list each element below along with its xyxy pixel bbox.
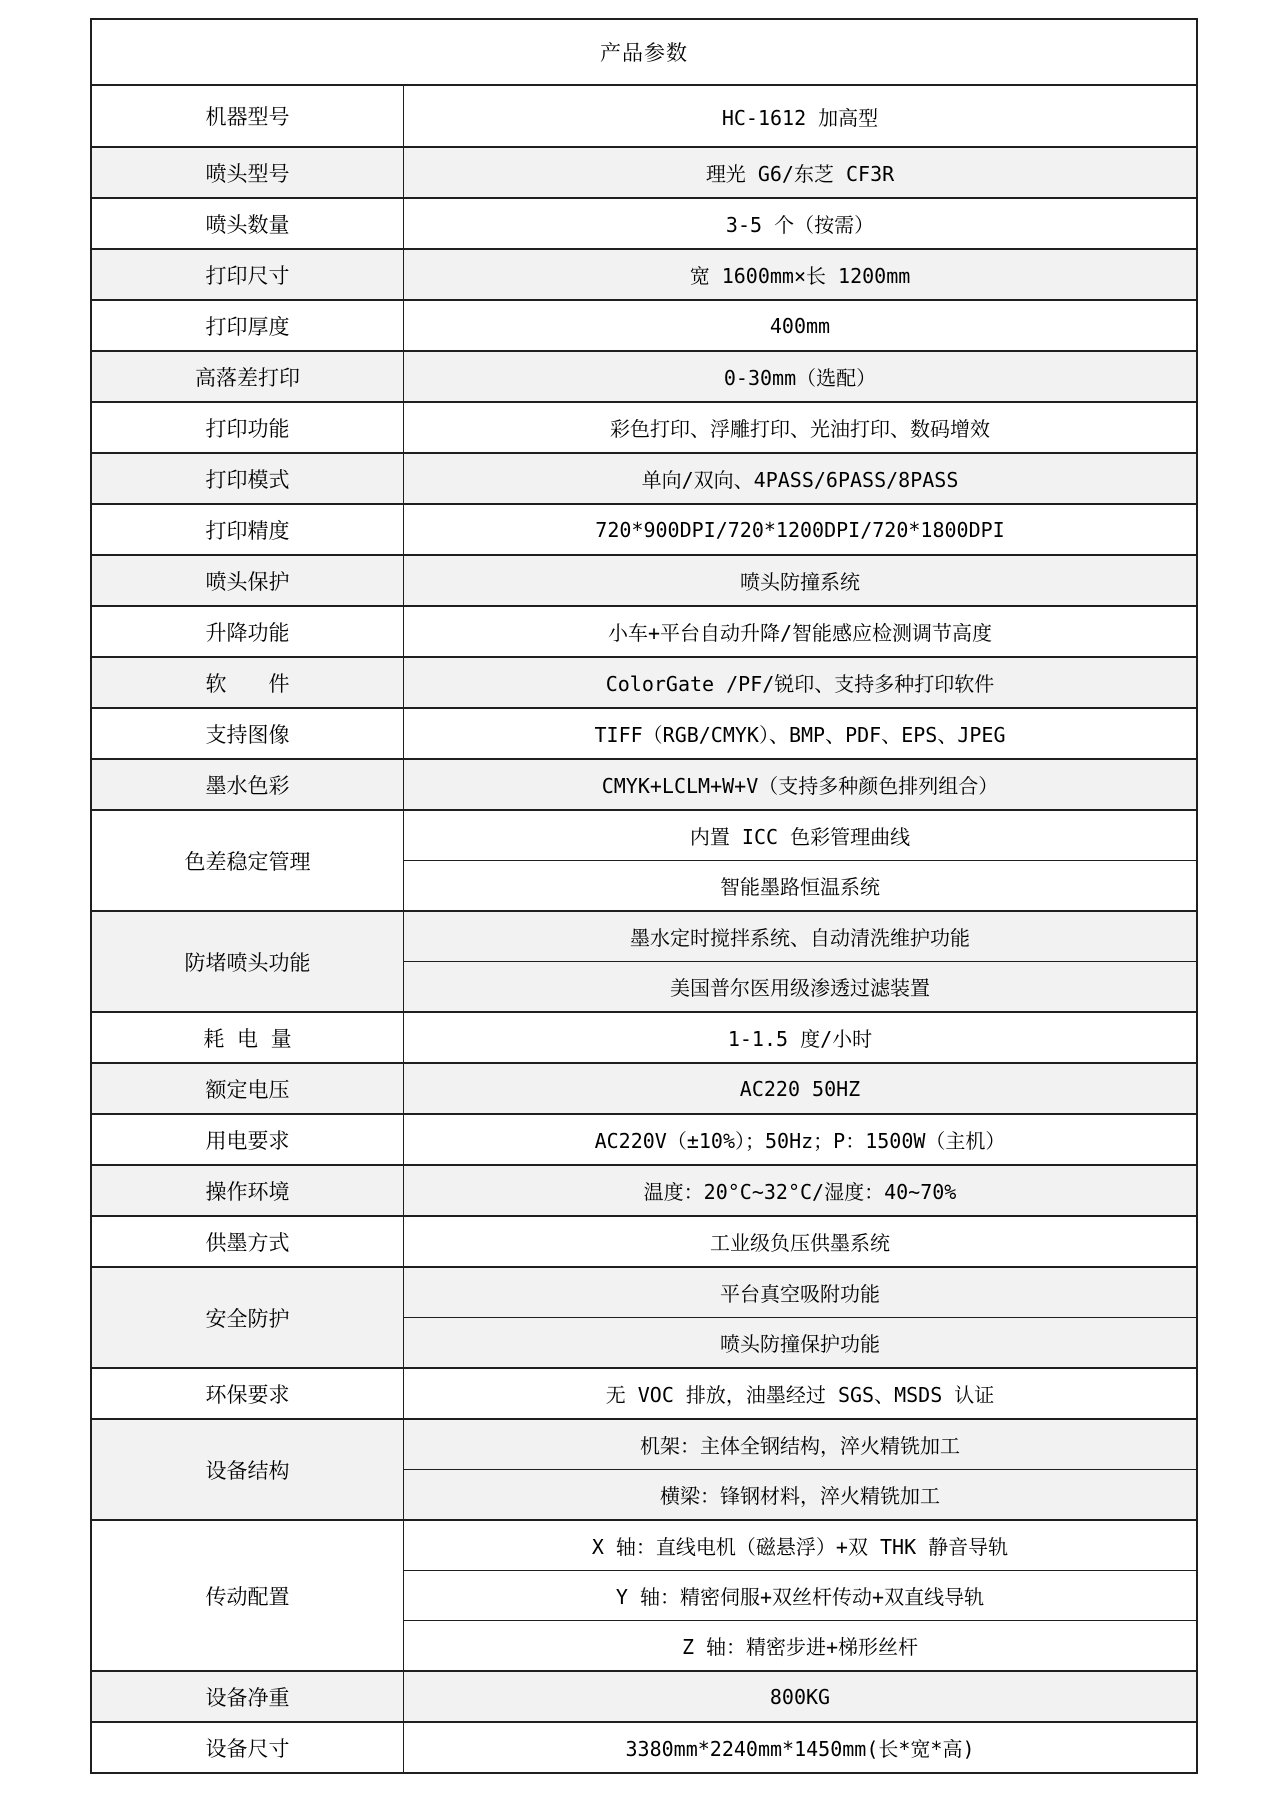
row-values: 平台真空吸附功能喷头防撞保护功能	[404, 1268, 1196, 1367]
row-value: AC220V（±10%）；50Hz；P：1500W（主机）	[404, 1115, 1196, 1164]
row-label: 墨水色彩	[92, 760, 404, 809]
row-label: 打印厚度	[92, 301, 404, 350]
table-row: 打印精度720*900DPI/720*1200DPI/720*1800DPI	[92, 503, 1196, 554]
row-value: 智能墨路恒温系统	[404, 860, 1196, 910]
row-value: 内置 ICC 色彩管理曲线	[404, 811, 1196, 860]
table-row: 高落差打印0-30mm（选配）	[92, 350, 1196, 401]
row-value: 机架：主体全钢结构，淬火精铣加工	[404, 1420, 1196, 1469]
row-values: 720*900DPI/720*1200DPI/720*1800DPI	[404, 505, 1196, 554]
row-value: 单向/双向、4PASS/6PASS/8PASS	[404, 454, 1196, 503]
table-row: 用电要求AC220V（±10%）；50Hz；P：1500W（主机）	[92, 1113, 1196, 1164]
row-label: 打印精度	[92, 505, 404, 554]
row-value: 平台真空吸附功能	[404, 1268, 1196, 1317]
row-value: 喷头防撞系统	[404, 556, 1196, 605]
row-label: 额定电压	[92, 1064, 404, 1113]
row-label: 色差稳定管理	[92, 811, 404, 910]
row-label: 安全防护	[92, 1268, 404, 1367]
row-values: 彩色打印、浮雕打印、光油打印、数码增效	[404, 403, 1196, 452]
row-value: 3-5 个（按需）	[404, 199, 1196, 248]
row-label: 设备尺寸	[92, 1723, 404, 1772]
row-values: 喷头防撞系统	[404, 556, 1196, 605]
row-values: 内置 ICC 色彩管理曲线智能墨路恒温系统	[404, 811, 1196, 910]
table-row: 传动配置X 轴：直线电机（磁悬浮）+双 THK 静音导轨Y 轴：精密伺服+双丝杆…	[92, 1519, 1196, 1670]
row-label: 防堵喷头功能	[92, 912, 404, 1011]
row-value: 美国普尔医用级渗透过滤装置	[404, 961, 1196, 1011]
row-value: Z 轴：精密步进+梯形丝杆	[404, 1620, 1196, 1670]
table-row: 设备净重800KG	[92, 1670, 1196, 1721]
table-row: 环保要求无 VOC 排放，油墨经过 SGS、MSDS 认证	[92, 1367, 1196, 1418]
row-values: 宽 1600mm×长 1200mm	[404, 250, 1196, 299]
row-value: 彩色打印、浮雕打印、光油打印、数码增效	[404, 403, 1196, 452]
table-row: 机器型号HC-1612 加高型	[92, 84, 1196, 146]
row-values: 单向/双向、4PASS/6PASS/8PASS	[404, 454, 1196, 503]
row-value: HC-1612 加高型	[404, 86, 1196, 146]
row-label: 高落差打印	[92, 352, 404, 401]
row-value: 400mm	[404, 301, 1196, 350]
row-value: X 轴：直线电机（磁悬浮）+双 THK 静音导轨	[404, 1521, 1196, 1570]
table-row: 设备尺寸3380mm*2240mm*1450mm(长*宽*高)	[92, 1721, 1196, 1772]
row-value: ColorGate /PF/锐印、支持多种打印软件	[404, 658, 1196, 707]
row-value: 墨水定时搅拌系统、自动清洗维护功能	[404, 912, 1196, 961]
row-label: 环保要求	[92, 1369, 404, 1418]
row-values: 800KG	[404, 1672, 1196, 1721]
table-row: 设备结构机架：主体全钢结构，淬火精铣加工横梁：锋钢材料，淬火精铣加工	[92, 1418, 1196, 1519]
row-values: 温度：20°C~32°C/湿度：40~70%	[404, 1166, 1196, 1215]
row-value: 温度：20°C~32°C/湿度：40~70%	[404, 1166, 1196, 1215]
row-value: 理光 G6/东芝 CF3R	[404, 148, 1196, 197]
table-title: 产品参数	[92, 20, 1196, 84]
row-values: 墨水定时搅拌系统、自动清洗维护功能美国普尔医用级渗透过滤装置	[404, 912, 1196, 1011]
row-label: 机器型号	[92, 86, 404, 146]
row-values: 0-30mm（选配）	[404, 352, 1196, 401]
row-label: 喷头型号	[92, 148, 404, 197]
row-value: Y 轴：精密伺服+双丝杆传动+双直线导轨	[404, 1570, 1196, 1620]
row-values: 3-5 个（按需）	[404, 199, 1196, 248]
row-value: 800KG	[404, 1672, 1196, 1721]
row-value: CMYK+LCLM+W+V（支持多种颜色排列组合）	[404, 760, 1196, 809]
row-values: CMYK+LCLM+W+V（支持多种颜色排列组合）	[404, 760, 1196, 809]
row-value: 1-1.5 度/小时	[404, 1013, 1196, 1062]
row-label: 软 件	[92, 658, 404, 707]
row-values: 400mm	[404, 301, 1196, 350]
row-values: AC220V（±10%）；50Hz；P：1500W（主机）	[404, 1115, 1196, 1164]
row-label: 设备净重	[92, 1672, 404, 1721]
table-row: 升降功能小车+平台自动升降/智能感应检测调节高度	[92, 605, 1196, 656]
table-row: 耗 电 量1-1.5 度/小时	[92, 1011, 1196, 1062]
table-row: 打印功能彩色打印、浮雕打印、光油打印、数码增效	[92, 401, 1196, 452]
row-values: 理光 G6/东芝 CF3R	[404, 148, 1196, 197]
row-value: 无 VOC 排放，油墨经过 SGS、MSDS 认证	[404, 1369, 1196, 1418]
row-value: 横梁：锋钢材料，淬火精铣加工	[404, 1469, 1196, 1519]
row-values: 无 VOC 排放，油墨经过 SGS、MSDS 认证	[404, 1369, 1196, 1418]
table-row: 支持图像TIFF（RGB/CMYK）、BMP、PDF、EPS、JPEG	[92, 707, 1196, 758]
row-values: ColorGate /PF/锐印、支持多种打印软件	[404, 658, 1196, 707]
row-value: 宽 1600mm×长 1200mm	[404, 250, 1196, 299]
row-value: 0-30mm（选配）	[404, 352, 1196, 401]
row-label: 支持图像	[92, 709, 404, 758]
row-values: TIFF（RGB/CMYK）、BMP、PDF、EPS、JPEG	[404, 709, 1196, 758]
row-label: 设备结构	[92, 1420, 404, 1519]
row-value: AC220 50HZ	[404, 1064, 1196, 1113]
row-label: 供墨方式	[92, 1217, 404, 1266]
row-values: 3380mm*2240mm*1450mm(长*宽*高)	[404, 1723, 1196, 1772]
page: { "table": { "title": "产品参数", "colors": …	[0, 0, 1280, 1796]
row-values: 工业级负压供墨系统	[404, 1217, 1196, 1266]
row-label: 耗 电 量	[92, 1013, 404, 1062]
row-label: 用电要求	[92, 1115, 404, 1164]
table-row: 供墨方式工业级负压供墨系统	[92, 1215, 1196, 1266]
table-row: 防堵喷头功能墨水定时搅拌系统、自动清洗维护功能美国普尔医用级渗透过滤装置	[92, 910, 1196, 1011]
row-value: 3380mm*2240mm*1450mm(长*宽*高)	[404, 1723, 1196, 1772]
product-spec-table: 产品参数 机器型号HC-1612 加高型喷头型号理光 G6/东芝 CF3R喷头数…	[90, 18, 1198, 1774]
row-value: 工业级负压供墨系统	[404, 1217, 1196, 1266]
row-value: TIFF（RGB/CMYK）、BMP、PDF、EPS、JPEG	[404, 709, 1196, 758]
table-row: 操作环境温度：20°C~32°C/湿度：40~70%	[92, 1164, 1196, 1215]
table-row: 额定电压AC220 50HZ	[92, 1062, 1196, 1113]
row-values: 1-1.5 度/小时	[404, 1013, 1196, 1062]
row-label: 操作环境	[92, 1166, 404, 1215]
row-label: 打印模式	[92, 454, 404, 503]
row-value: 喷头防撞保护功能	[404, 1317, 1196, 1367]
row-label: 打印尺寸	[92, 250, 404, 299]
row-value: 720*900DPI/720*1200DPI/720*1800DPI	[404, 505, 1196, 554]
table-row: 打印模式单向/双向、4PASS/6PASS/8PASS	[92, 452, 1196, 503]
table-row: 安全防护平台真空吸附功能喷头防撞保护功能	[92, 1266, 1196, 1367]
row-label: 打印功能	[92, 403, 404, 452]
row-values: 小车+平台自动升降/智能感应检测调节高度	[404, 607, 1196, 656]
row-values: 机架：主体全钢结构，淬火精铣加工横梁：锋钢材料，淬火精铣加工	[404, 1420, 1196, 1519]
table-row: 软 件ColorGate /PF/锐印、支持多种打印软件	[92, 656, 1196, 707]
row-label: 喷头数量	[92, 199, 404, 248]
row-label: 升降功能	[92, 607, 404, 656]
row-values: HC-1612 加高型	[404, 86, 1196, 146]
table-row: 喷头数量3-5 个（按需）	[92, 197, 1196, 248]
table-row: 打印厚度400mm	[92, 299, 1196, 350]
table-row: 打印尺寸宽 1600mm×长 1200mm	[92, 248, 1196, 299]
table-row: 喷头保护喷头防撞系统	[92, 554, 1196, 605]
table-row: 墨水色彩CMYK+LCLM+W+V（支持多种颜色排列组合）	[92, 758, 1196, 809]
table-row: 喷头型号理光 G6/东芝 CF3R	[92, 146, 1196, 197]
row-value: 小车+平台自动升降/智能感应检测调节高度	[404, 607, 1196, 656]
row-values: AC220 50HZ	[404, 1064, 1196, 1113]
row-label: 传动配置	[92, 1521, 404, 1670]
row-label: 喷头保护	[92, 556, 404, 605]
row-values: X 轴：直线电机（磁悬浮）+双 THK 静音导轨Y 轴：精密伺服+双丝杆传动+双…	[404, 1521, 1196, 1670]
table-row: 色差稳定管理内置 ICC 色彩管理曲线智能墨路恒温系统	[92, 809, 1196, 910]
